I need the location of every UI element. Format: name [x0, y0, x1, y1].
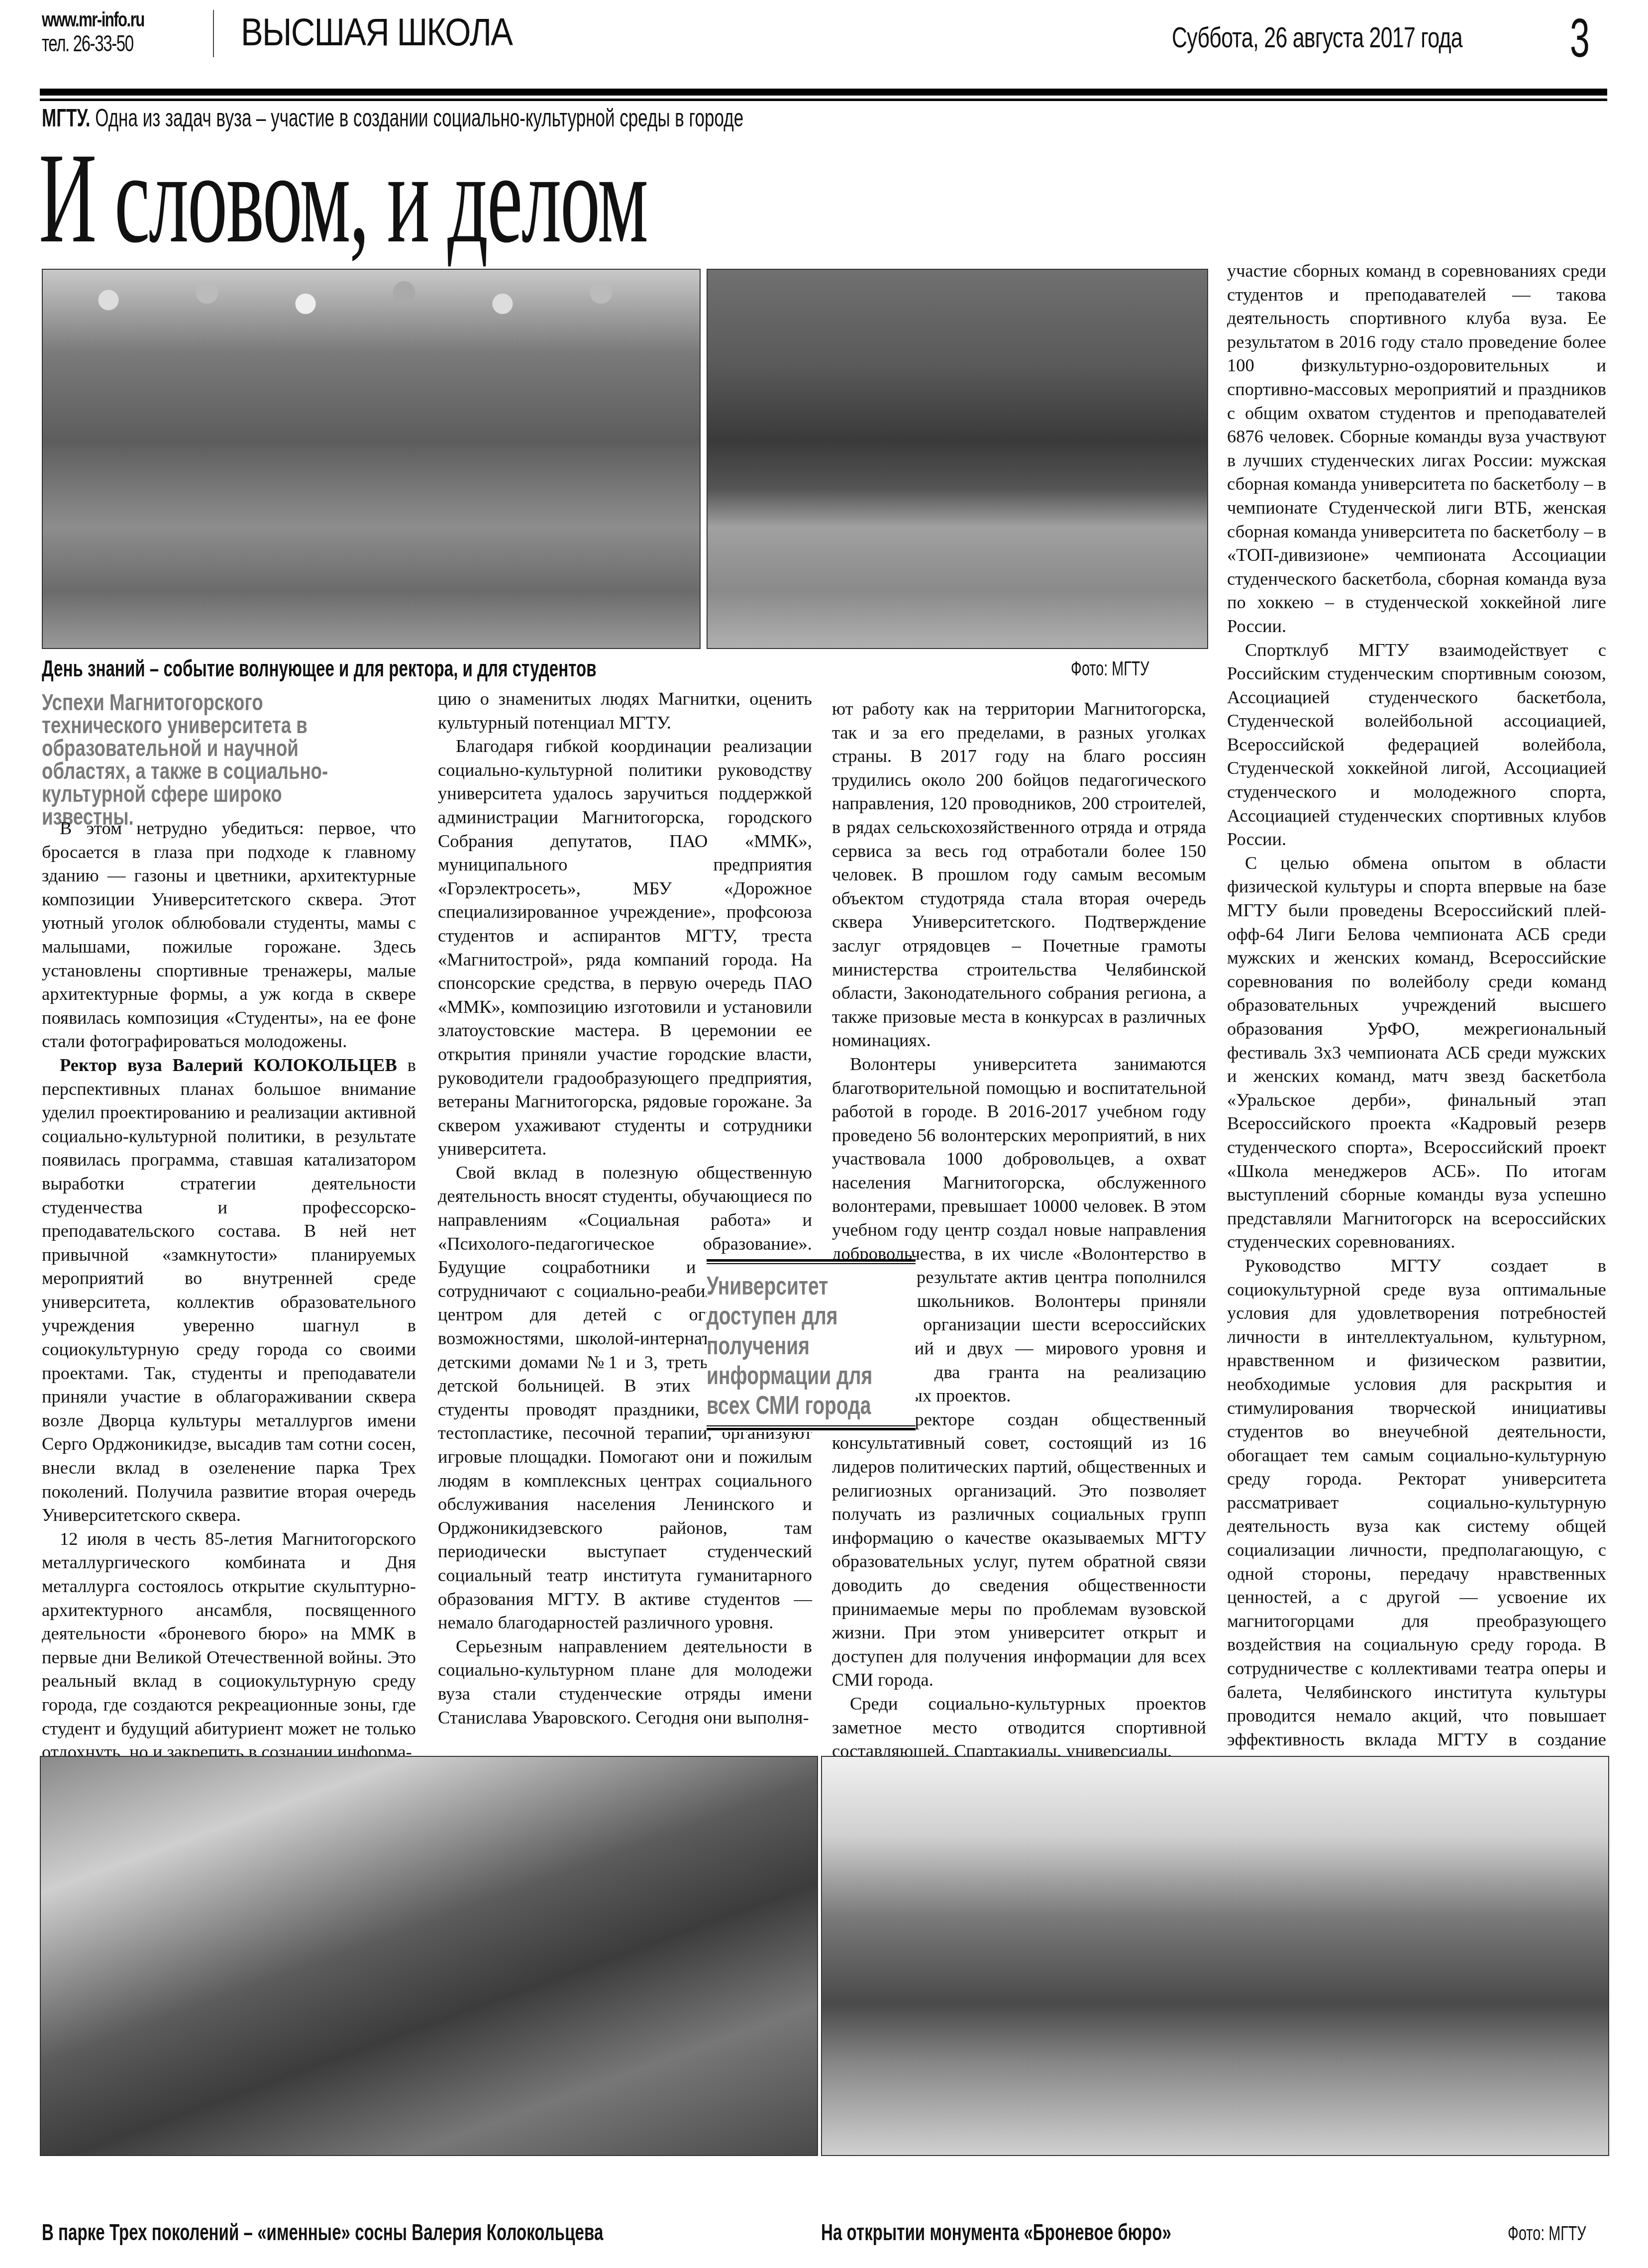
photo-tree-planting: [40, 1756, 818, 2156]
paragraph: Серьезным направлением деятельности в со…: [438, 1634, 812, 1729]
paragraph: Среди социально-культурных проектов заме…: [832, 1692, 1206, 1763]
header-rule-thick: [40, 89, 1607, 96]
phone-number: тел. 26-33-50: [42, 31, 133, 56]
pull-quote-rule: [707, 1428, 916, 1430]
photo-day-of-knowledge-stage: [42, 269, 701, 649]
paragraph: Спортклуб МГТУ взаимодействует с Российс…: [1227, 638, 1606, 851]
photo-image: [43, 270, 700, 648]
photo-caption-bottom-right: На открытии монумента «Броневое бюро»: [821, 2220, 1171, 2245]
header-separator: [213, 10, 214, 57]
site-url: www.mr-info.ru: [42, 9, 144, 31]
rector-name: Ректор вуза Валерий КОЛОКОЛЬЦЕВ: [60, 1055, 397, 1075]
paragraph: Благодаря гибкой координации реализации …: [438, 734, 812, 1161]
headline: И словом, и делом: [39, 133, 647, 263]
article-column-4: участие сборных команд в соревнованиях с…: [1227, 259, 1606, 1843]
photo-students-crowd: [707, 269, 1208, 649]
paragraph: ют работу как на территории Магнитогорск…: [832, 697, 1206, 1052]
article-column-2: цию о знаменитых людях Магнитки, оценить…: [438, 687, 812, 1729]
paragraph: Руководство МГТУ создает в социокультурн…: [1227, 1254, 1606, 1775]
pull-quote-rule: [707, 1259, 916, 1262]
page-number: 3: [1570, 11, 1590, 66]
photo-image: [708, 270, 1207, 648]
section-title: ВЫСШАЯ ШКОЛА: [241, 12, 512, 52]
paragraph-text: в перспективных планах большое внимание …: [42, 1055, 416, 1525]
pull-quote: Университет доступен для получения инфор…: [707, 1259, 916, 1432]
pull-quote-text: Университет доступен для получения инфор…: [707, 1264, 916, 1425]
paragraph: Ректор вуза Валерий КОЛОКОЛЬЦЕВ в перспе…: [42, 1053, 416, 1527]
article-lead: Успехи Магнитогорского технического унив…: [42, 691, 344, 828]
article-column-3: ют работу как на территории Магнитогорск…: [832, 697, 1206, 1763]
photo-caption-bottom-left: В парке Трех поколений – «именные» сосны…: [42, 2220, 603, 2245]
photo-image: [822, 1757, 1608, 2155]
photo-image: [41, 1757, 817, 2155]
article-column-1: В этом нетрудно убедиться: первое, что б…: [42, 816, 416, 1764]
paragraph: цию о знаменитых людях Магнитки, оценить…: [438, 687, 812, 734]
pull-quote-rule: [707, 1425, 916, 1426]
photo-caption-top: День знаний – событие волнующее и для ре…: [42, 656, 597, 681]
paragraph: участие сборных команд в соревнованиях с…: [1227, 259, 1606, 638]
paragraph: 12 июля в честь 85-летия Магнитогорского…: [42, 1527, 416, 1764]
header-rule-thin: [40, 99, 1607, 101]
photo-credit-bottom: Фото: МГТУ: [1508, 2223, 1586, 2245]
photo-monument-opening: [821, 1756, 1609, 2156]
paragraph: В этом нетрудно убедиться: первое, что б…: [42, 816, 416, 1053]
paragraph: С целью обмена опытом в области физическ…: [1227, 851, 1606, 1254]
paragraph: При ректоре создан общественный консульт…: [832, 1407, 1206, 1692]
issue-date: Суббота, 26 августа 2017 года: [1172, 23, 1462, 53]
photo-credit-top: Фото: МГТУ: [1071, 658, 1149, 680]
